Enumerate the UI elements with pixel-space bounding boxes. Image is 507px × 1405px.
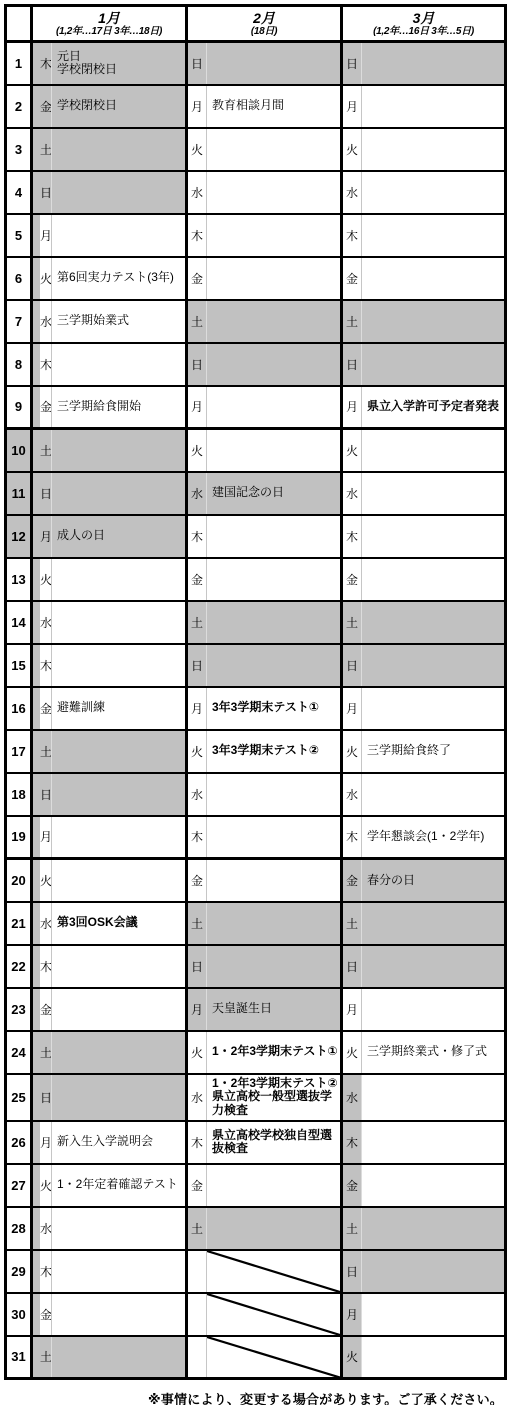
weekday-cell: 金: [187, 558, 207, 601]
weekday-cell: 土: [342, 1207, 362, 1250]
event-cell: 3年3学期末テスト②: [207, 730, 342, 773]
table-row: 15木日日: [6, 644, 506, 687]
table-row: 3土火火: [6, 128, 506, 171]
event-cell: [207, 644, 342, 687]
table-row: 6火第6回実力テスト(3年)金金: [6, 257, 506, 300]
event-cell: [207, 171, 342, 214]
day-number: 7: [6, 300, 32, 343]
event-cell: 三学期給食開始: [52, 386, 187, 429]
event-cell: [207, 601, 342, 644]
weekday-cell: 金: [187, 859, 207, 902]
day-number: 6: [6, 257, 32, 300]
weekday-cell: 火: [342, 128, 362, 171]
table-row: 7水三学期始業式土土: [6, 300, 506, 343]
table-row: 25日水1・2年3学期末テスト② 県立高校一般型選抜学力検査水: [6, 1074, 506, 1121]
weekday-cell: 木: [32, 1250, 52, 1293]
weekday-cell: [187, 1293, 207, 1336]
day-number: 26: [6, 1121, 32, 1164]
day-number: 2: [6, 85, 32, 128]
event-cell: [362, 558, 506, 601]
header-row: 1月 (1,2年…17日 3年…18日) 2月 (18日) 3月 (1,2年…1…: [6, 6, 506, 42]
weekday-cell: 木: [187, 816, 207, 859]
weekday-cell: 日: [187, 42, 207, 85]
weekday-cell: 月: [187, 988, 207, 1031]
day-number: 8: [6, 343, 32, 386]
event-cell: [52, 1250, 187, 1293]
weekday-cell: 火: [342, 429, 362, 472]
event-cell: 学年懇談会(1・2学年): [362, 816, 506, 859]
weekday-cell: 日: [342, 945, 362, 988]
event-cell: [362, 257, 506, 300]
weekday-cell: 土: [32, 429, 52, 472]
event-cell: [207, 558, 342, 601]
weekday-cell: 土: [187, 601, 207, 644]
crossed-out-cell: [207, 1293, 342, 1336]
event-cell: [362, 85, 506, 128]
weekday-cell: 月: [32, 214, 52, 257]
weekday-cell: 水: [342, 171, 362, 214]
month-title: 2月: [188, 10, 340, 26]
weekday-cell: 日: [342, 42, 362, 85]
day-number: 29: [6, 1250, 32, 1293]
footnote: ※事情により、変更する場合があります。ご了承ください。: [4, 1380, 504, 1405]
weekday-cell: 木: [342, 214, 362, 257]
weekday-cell: 水: [32, 902, 52, 945]
table-row: 19月木木学年懇談会(1・2学年): [6, 816, 506, 859]
weekday-cell: 日: [32, 773, 52, 816]
weekday-cell: 木: [32, 42, 52, 85]
weekday-cell: 土: [187, 902, 207, 945]
event-cell: [52, 1336, 187, 1379]
event-cell: [362, 1164, 506, 1207]
weekday-cell: 土: [342, 601, 362, 644]
weekday-cell: 火: [32, 257, 52, 300]
event-cell: [52, 988, 187, 1031]
weekday-cell: 月: [342, 687, 362, 730]
weekday-cell: 月: [32, 1121, 52, 1164]
weekday-cell: 木: [32, 644, 52, 687]
event-cell: [362, 343, 506, 386]
table-row: 26月新入生入学説明会木県立高校学校独自型選抜検査木: [6, 1121, 506, 1164]
day-number: 28: [6, 1207, 32, 1250]
event-cell: [52, 644, 187, 687]
table-row: 28水土土: [6, 1207, 506, 1250]
event-cell: [362, 1250, 506, 1293]
weekday-cell: 金: [187, 257, 207, 300]
event-cell: 元日 学校閉校日: [52, 42, 187, 85]
event-cell: [362, 42, 506, 85]
event-cell: 1・2年3学期末テスト①: [207, 1031, 342, 1074]
event-cell: 1・2年定着確認テスト: [52, 1164, 187, 1207]
weekday-cell: 月: [342, 386, 362, 429]
day-number: 20: [6, 859, 32, 902]
weekday-cell: 月: [187, 386, 207, 429]
weekday-cell: 月: [32, 816, 52, 859]
table-row: 4日水水: [6, 171, 506, 214]
calendar-sheet: 1月 (1,2年…17日 3年…18日) 2月 (18日) 3月 (1,2年…1…: [0, 0, 507, 1405]
event-cell: [52, 429, 187, 472]
table-row: 11日水建国記念の日水: [6, 472, 506, 515]
weekday-cell: 金: [32, 687, 52, 730]
diagonal-line: [207, 1337, 340, 1378]
day-number: 18: [6, 773, 32, 816]
event-cell: [207, 128, 342, 171]
day-number: 21: [6, 902, 32, 945]
weekday-cell: 木: [342, 515, 362, 558]
event-cell: [52, 1293, 187, 1336]
weekday-cell: 日: [342, 644, 362, 687]
weekday-cell: 木: [187, 515, 207, 558]
day-number: 12: [6, 515, 32, 558]
event-cell: [52, 472, 187, 515]
day-number: 3: [6, 128, 32, 171]
table-row: 18日水水: [6, 773, 506, 816]
table-row: 12月成人の日木木: [6, 515, 506, 558]
event-cell: [362, 988, 506, 1031]
event-cell: [207, 515, 342, 558]
event-cell: [207, 429, 342, 472]
event-cell: [52, 558, 187, 601]
diagonal-line: [207, 1294, 340, 1335]
day-number: 15: [6, 644, 32, 687]
weekday-cell: 火: [187, 429, 207, 472]
event-cell: [207, 214, 342, 257]
event-cell: [207, 773, 342, 816]
event-cell: [207, 859, 342, 902]
table-row: 23金月天皇誕生日月: [6, 988, 506, 1031]
table-row: 20火金金春分の日: [6, 859, 506, 902]
day-number: 31: [6, 1336, 32, 1379]
weekday-cell: 金: [32, 85, 52, 128]
event-cell: 1・2年3学期末テスト② 県立高校一般型選抜学力検査: [207, 1074, 342, 1121]
event-cell: [362, 1207, 506, 1250]
month-subtitle: (18日): [188, 26, 340, 37]
table-row: 21水第3回OSK会議土土: [6, 902, 506, 945]
weekday-cell: 木: [187, 1121, 207, 1164]
event-cell: [362, 128, 506, 171]
weekday-cell: 水: [32, 601, 52, 644]
event-cell: [207, 386, 342, 429]
table-row: 10土火火: [6, 429, 506, 472]
event-cell: 第6回実力テスト(3年): [52, 257, 187, 300]
event-cell: [207, 300, 342, 343]
weekday-cell: 火: [187, 730, 207, 773]
weekday-cell: 日: [187, 644, 207, 687]
calendar-table: 1月 (1,2年…17日 3年…18日) 2月 (18日) 3月 (1,2年…1…: [4, 4, 507, 1380]
day-number: 17: [6, 730, 32, 773]
table-row: 13火金金: [6, 558, 506, 601]
day-number: 16: [6, 687, 32, 730]
table-row: 5月木木: [6, 214, 506, 257]
day-number: 24: [6, 1031, 32, 1074]
weekday-cell: 金: [342, 1164, 362, 1207]
weekday-cell: 土: [32, 1336, 52, 1379]
event-cell: 教育相談月間: [207, 85, 342, 128]
day-number: 14: [6, 601, 32, 644]
weekday-cell: 土: [187, 300, 207, 343]
weekday-cell: 木: [342, 1121, 362, 1164]
day-number: 27: [6, 1164, 32, 1207]
table-row: 8木日日: [6, 343, 506, 386]
event-cell: 三学期給食終了: [362, 730, 506, 773]
month-header-january: 1月 (1,2年…17日 3年…18日): [32, 6, 187, 42]
weekday-cell: 水: [342, 472, 362, 515]
weekday-cell: 水: [187, 171, 207, 214]
month-header-march: 3月 (1,2年…16日 3年…5日): [342, 6, 506, 42]
weekday-cell: 火: [342, 730, 362, 773]
event-cell: [52, 128, 187, 171]
crossed-out-cell: [207, 1336, 342, 1379]
event-cell: [207, 1164, 342, 1207]
day-number: 23: [6, 988, 32, 1031]
event-cell: 学校閉校日: [52, 85, 187, 128]
event-cell: 第3回OSK会議: [52, 902, 187, 945]
weekday-cell: 火: [32, 1164, 52, 1207]
table-row: 9金三学期給食開始月月県立入学許可予定者発表: [6, 386, 506, 429]
weekday-cell: 金: [32, 386, 52, 429]
day-number: 11: [6, 472, 32, 515]
event-cell: [52, 601, 187, 644]
event-cell: [362, 1336, 506, 1379]
day-number: 30: [6, 1293, 32, 1336]
event-cell: [362, 687, 506, 730]
event-cell: [362, 644, 506, 687]
event-cell: [52, 730, 187, 773]
weekday-cell: 火: [187, 128, 207, 171]
event-cell: [362, 429, 506, 472]
event-cell: [52, 859, 187, 902]
table-row: 16金避難訓練月3年3学期末テスト①月: [6, 687, 506, 730]
month-title: 3月: [343, 10, 504, 26]
weekday-cell: 日: [32, 171, 52, 214]
table-row: 14水土土: [6, 601, 506, 644]
event-cell: [207, 816, 342, 859]
weekday-cell: [187, 1336, 207, 1379]
corner-cell: [6, 6, 32, 42]
table-row: 2金学校閉校日月教育相談月間月: [6, 85, 506, 128]
day-number: 25: [6, 1074, 32, 1121]
table-row: 29木日: [6, 1250, 506, 1293]
weekday-cell: 土: [32, 128, 52, 171]
weekday-cell: 土: [342, 902, 362, 945]
table-row: 22木日日: [6, 945, 506, 988]
weekday-cell: 月: [187, 85, 207, 128]
event-cell: [52, 1074, 187, 1121]
event-cell: 建国記念の日: [207, 472, 342, 515]
event-cell: [362, 1121, 506, 1164]
event-cell: 県立入学許可予定者発表: [362, 386, 506, 429]
event-cell: 新入生入学説明会: [52, 1121, 187, 1164]
event-cell: [207, 945, 342, 988]
event-cell: [207, 1207, 342, 1250]
weekday-cell: 木: [342, 816, 362, 859]
event-cell: [362, 1074, 506, 1121]
event-cell: [362, 601, 506, 644]
weekday-cell: 水: [342, 773, 362, 816]
weekday-cell: 金: [32, 1293, 52, 1336]
weekday-cell: 金: [187, 1164, 207, 1207]
weekday-cell: 水: [32, 1207, 52, 1250]
weekday-cell: [187, 1250, 207, 1293]
event-cell: [362, 773, 506, 816]
event-cell: [52, 214, 187, 257]
event-cell: [207, 42, 342, 85]
weekday-cell: 水: [32, 300, 52, 343]
weekday-cell: 金: [342, 859, 362, 902]
weekday-cell: 日: [342, 343, 362, 386]
event-cell: [207, 257, 342, 300]
event-cell: [362, 1293, 506, 1336]
weekday-cell: 火: [342, 1336, 362, 1379]
event-cell: [52, 171, 187, 214]
month-title: 1月: [33, 10, 185, 26]
event-cell: [52, 773, 187, 816]
month-subtitle: (1,2年…16日 3年…5日): [343, 26, 504, 37]
weekday-cell: 月: [187, 687, 207, 730]
crossed-out-cell: [207, 1250, 342, 1293]
weekday-cell: 月: [342, 1293, 362, 1336]
weekday-cell: 日: [342, 1250, 362, 1293]
weekday-cell: 金: [342, 558, 362, 601]
weekday-cell: 日: [32, 472, 52, 515]
day-number: 19: [6, 816, 32, 859]
month-subtitle: (1,2年…17日 3年…18日): [33, 26, 185, 37]
table-row: 27火1・2年定着確認テスト金金: [6, 1164, 506, 1207]
event-cell: [52, 1031, 187, 1074]
event-cell: [52, 1207, 187, 1250]
event-cell: [362, 214, 506, 257]
weekday-cell: 火: [187, 1031, 207, 1074]
event-cell: 成人の日: [52, 515, 187, 558]
event-cell: 避難訓練: [52, 687, 187, 730]
weekday-cell: 水: [187, 773, 207, 816]
table-row: 30金月: [6, 1293, 506, 1336]
event-cell: 3年3学期末テスト①: [207, 687, 342, 730]
event-cell: [362, 300, 506, 343]
table-row: 17土火3年3学期末テスト②火三学期給食終了: [6, 730, 506, 773]
weekday-cell: 火: [32, 859, 52, 902]
day-number: 22: [6, 945, 32, 988]
event-cell: [52, 945, 187, 988]
event-cell: 県立高校学校独自型選抜検査: [207, 1121, 342, 1164]
weekday-cell: 木: [32, 945, 52, 988]
day-number: 9: [6, 386, 32, 429]
weekday-cell: 日: [32, 1074, 52, 1121]
event-cell: [52, 816, 187, 859]
event-cell: [207, 343, 342, 386]
table-row: 24土火1・2年3学期末テスト①火三学期終業式・修了式: [6, 1031, 506, 1074]
weekday-cell: 日: [187, 343, 207, 386]
weekday-cell: 火: [342, 1031, 362, 1074]
table-row: 1木元日 学校閉校日日日: [6, 42, 506, 85]
weekday-cell: 水: [187, 472, 207, 515]
event-cell: [362, 171, 506, 214]
weekday-cell: 月: [342, 85, 362, 128]
event-cell: [362, 945, 506, 988]
weekday-cell: 木: [187, 214, 207, 257]
day-number: 4: [6, 171, 32, 214]
table-row: 31土火: [6, 1336, 506, 1379]
event-cell: [52, 343, 187, 386]
month-header-february: 2月 (18日): [187, 6, 342, 42]
day-number: 13: [6, 558, 32, 601]
weekday-cell: 金: [32, 988, 52, 1031]
diagonal-line: [207, 1251, 340, 1292]
event-cell: 三学期始業式: [52, 300, 187, 343]
event-cell: [362, 472, 506, 515]
weekday-cell: 水: [187, 1074, 207, 1121]
event-cell: 春分の日: [362, 859, 506, 902]
day-number: 10: [6, 429, 32, 472]
event-cell: [207, 902, 342, 945]
weekday-cell: 土: [342, 300, 362, 343]
weekday-cell: 日: [187, 945, 207, 988]
weekday-cell: 土: [32, 1031, 52, 1074]
event-cell: [362, 902, 506, 945]
weekday-cell: 木: [32, 343, 52, 386]
day-number: 5: [6, 214, 32, 257]
weekday-cell: 月: [342, 988, 362, 1031]
day-number: 1: [6, 42, 32, 85]
event-cell: 天皇誕生日: [207, 988, 342, 1031]
weekday-cell: 水: [342, 1074, 362, 1121]
weekday-cell: 土: [32, 730, 52, 773]
event-cell: [362, 515, 506, 558]
weekday-cell: 月: [32, 515, 52, 558]
weekday-cell: 土: [187, 1207, 207, 1250]
event-cell: 三学期終業式・修了式: [362, 1031, 506, 1074]
weekday-cell: 金: [342, 257, 362, 300]
weekday-cell: 火: [32, 558, 52, 601]
